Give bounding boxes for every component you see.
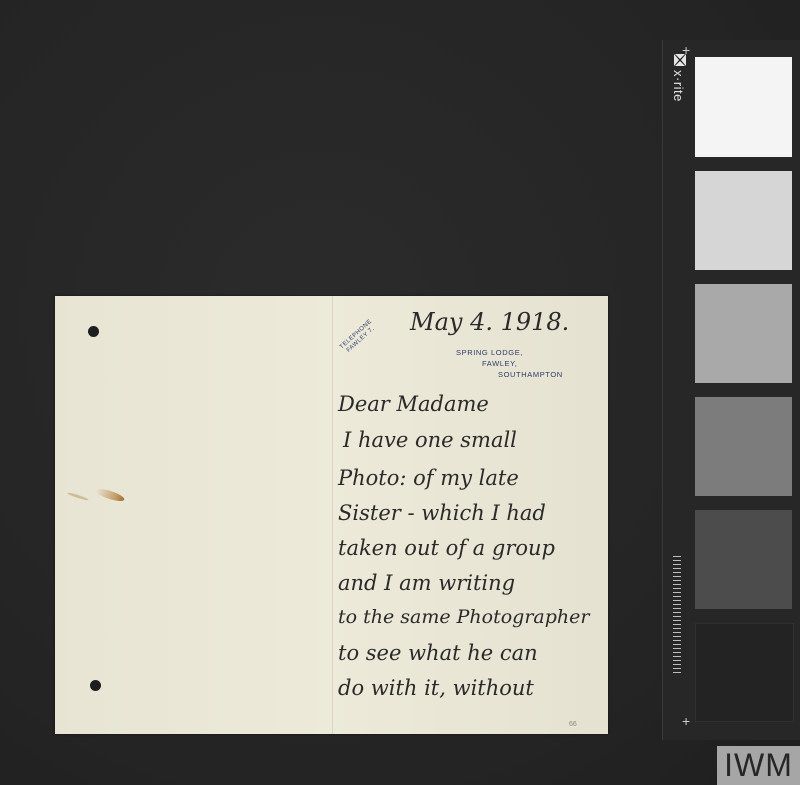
body-line: Photo: of my late [338,466,519,490]
body-line: and I am writing [338,571,515,595]
brand-label: x·rite [671,70,686,102]
crosshair-icon: + [682,714,690,728]
body-line: to see what he can [338,641,538,665]
punch-hole-top [88,326,99,337]
address-line-3: SOUTHAMPTON [498,370,563,379]
scale-ruler [673,556,681,676]
stain-mark [67,492,89,502]
patch-mid-grey [695,284,792,383]
page-number: 66 [569,721,577,728]
telephone-letterhead: TELEPHONE FAWLEY 7. [339,319,379,357]
patch-white [695,57,792,157]
fold-line [332,296,333,734]
body-line: Sister - which I had [338,501,546,525]
address-line-1: SPRING LODGE, [456,348,523,357]
patch-grey [695,397,792,496]
punch-hole-bottom [90,680,101,691]
body-line: do with it, without [338,676,534,700]
body-line: to the same Photographer [338,606,589,628]
salutation: Dear Madame [338,392,489,416]
body-line: taken out of a group [338,536,555,560]
iwm-watermark: IWM [717,746,800,785]
letter-date: May 4. 1918. [410,308,569,336]
patch-black [695,623,794,722]
body-line: I have one small [343,428,517,452]
rust-stain [94,487,125,504]
patch-light-grey [695,171,792,270]
address-line-2: FAWLEY, [482,359,517,368]
patch-dark-grey [695,510,792,609]
color-reference-chart: x·rite + + [662,40,800,740]
crosshair-icon: + [682,43,690,57]
letter-sheet: TELEPHONE FAWLEY 7. May 4. 1918. SPRING … [55,296,608,734]
